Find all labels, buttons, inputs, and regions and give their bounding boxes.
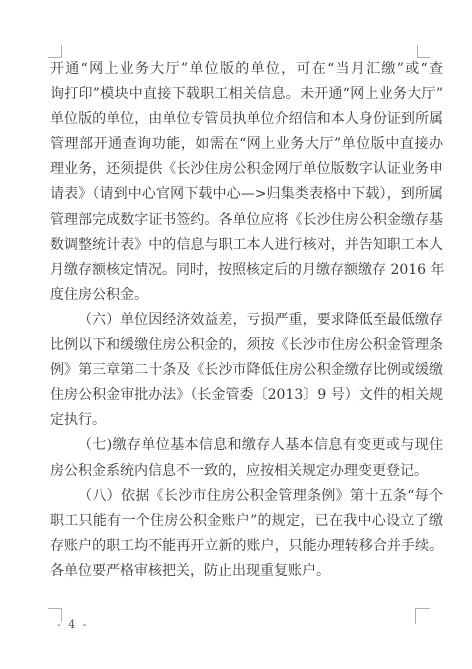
text-line: 询打印”模块中直接下载职工相关信息。未开通“网上业务大厅” [50,82,443,107]
crop-mark-bottom-right [415,608,430,624]
text-line: （八）依据《长沙市住房公积金管理条例》第十五条“每个 [50,484,443,509]
text-line: 存账户的职工均不能再开立新的账户，只能办理转移合并手续。 [50,534,443,559]
text-line: 各单位要严格审核把关，防止出现重复账户。 [50,559,443,584]
text-line: 理业务，还须提供《长沙住房公积金网厅单位版数字认证业务申 [50,157,443,182]
document-page: 开通“网上业务大厅”单位版的单位，可在“当月汇缴”或“查询打印”模块中直接下载职… [0,0,472,669]
text-line: （七)缴存单位基本信息和缴存人基本信息有变更或与现住 [50,433,443,458]
text-line: 月缴存额核定情况。同时，按照核定后的月缴存额缴存 2016 年 [50,258,443,283]
text-line: 请表》（请到中心官网下载中心—>归集类表格中下载），到所属 [50,182,443,207]
text-line: 例》第三章第二十条及《长沙市降低住房公积金缴存比例或缓缴 [50,358,443,383]
text-line: （六）单位因经济效益差，亏损严重，要求降低至最低缴存 [50,308,443,333]
text-line: 单位版的单位，由单位专管员执单位介绍信和本人身份证到所属 [50,107,443,132]
text-line: 比例以下和缓缴住房公积金的，须按《长沙市住房公积金管理条 [50,333,443,358]
page-number: - 4 - [57,618,88,631]
text-line: 住房公积金审批办法》（长金管委〔2013〕9 号）文件的相关规 [50,383,443,408]
document-body: 开通“网上业务大厅”单位版的单位，可在“当月汇缴”或“查询打印”模块中直接下载职… [50,57,443,584]
text-line: 房公积金系统内信息不一致的，应按相关规定办理变更登记。 [50,459,443,484]
text-line: 管理部完成数字证书签约。各单位应将《长沙住房公积金缴存基 [50,208,443,233]
text-line: 职工只能有一个住房公积金账户”的规定，已在我中心设立了缴 [50,509,443,534]
text-line: 开通“网上业务大厅”单位版的单位，可在“当月汇缴”或“查 [50,57,443,82]
text-line: 度住房公积金。 [50,283,443,308]
text-line: 定执行。 [50,408,443,433]
text-line: 数调整统计表》中的信息与职工本人进行核对，并告知职工本人 [50,233,443,258]
text-line: 管理部开通查询功能，如需在“网上业务大厅”单位版中直接办 [50,132,443,157]
